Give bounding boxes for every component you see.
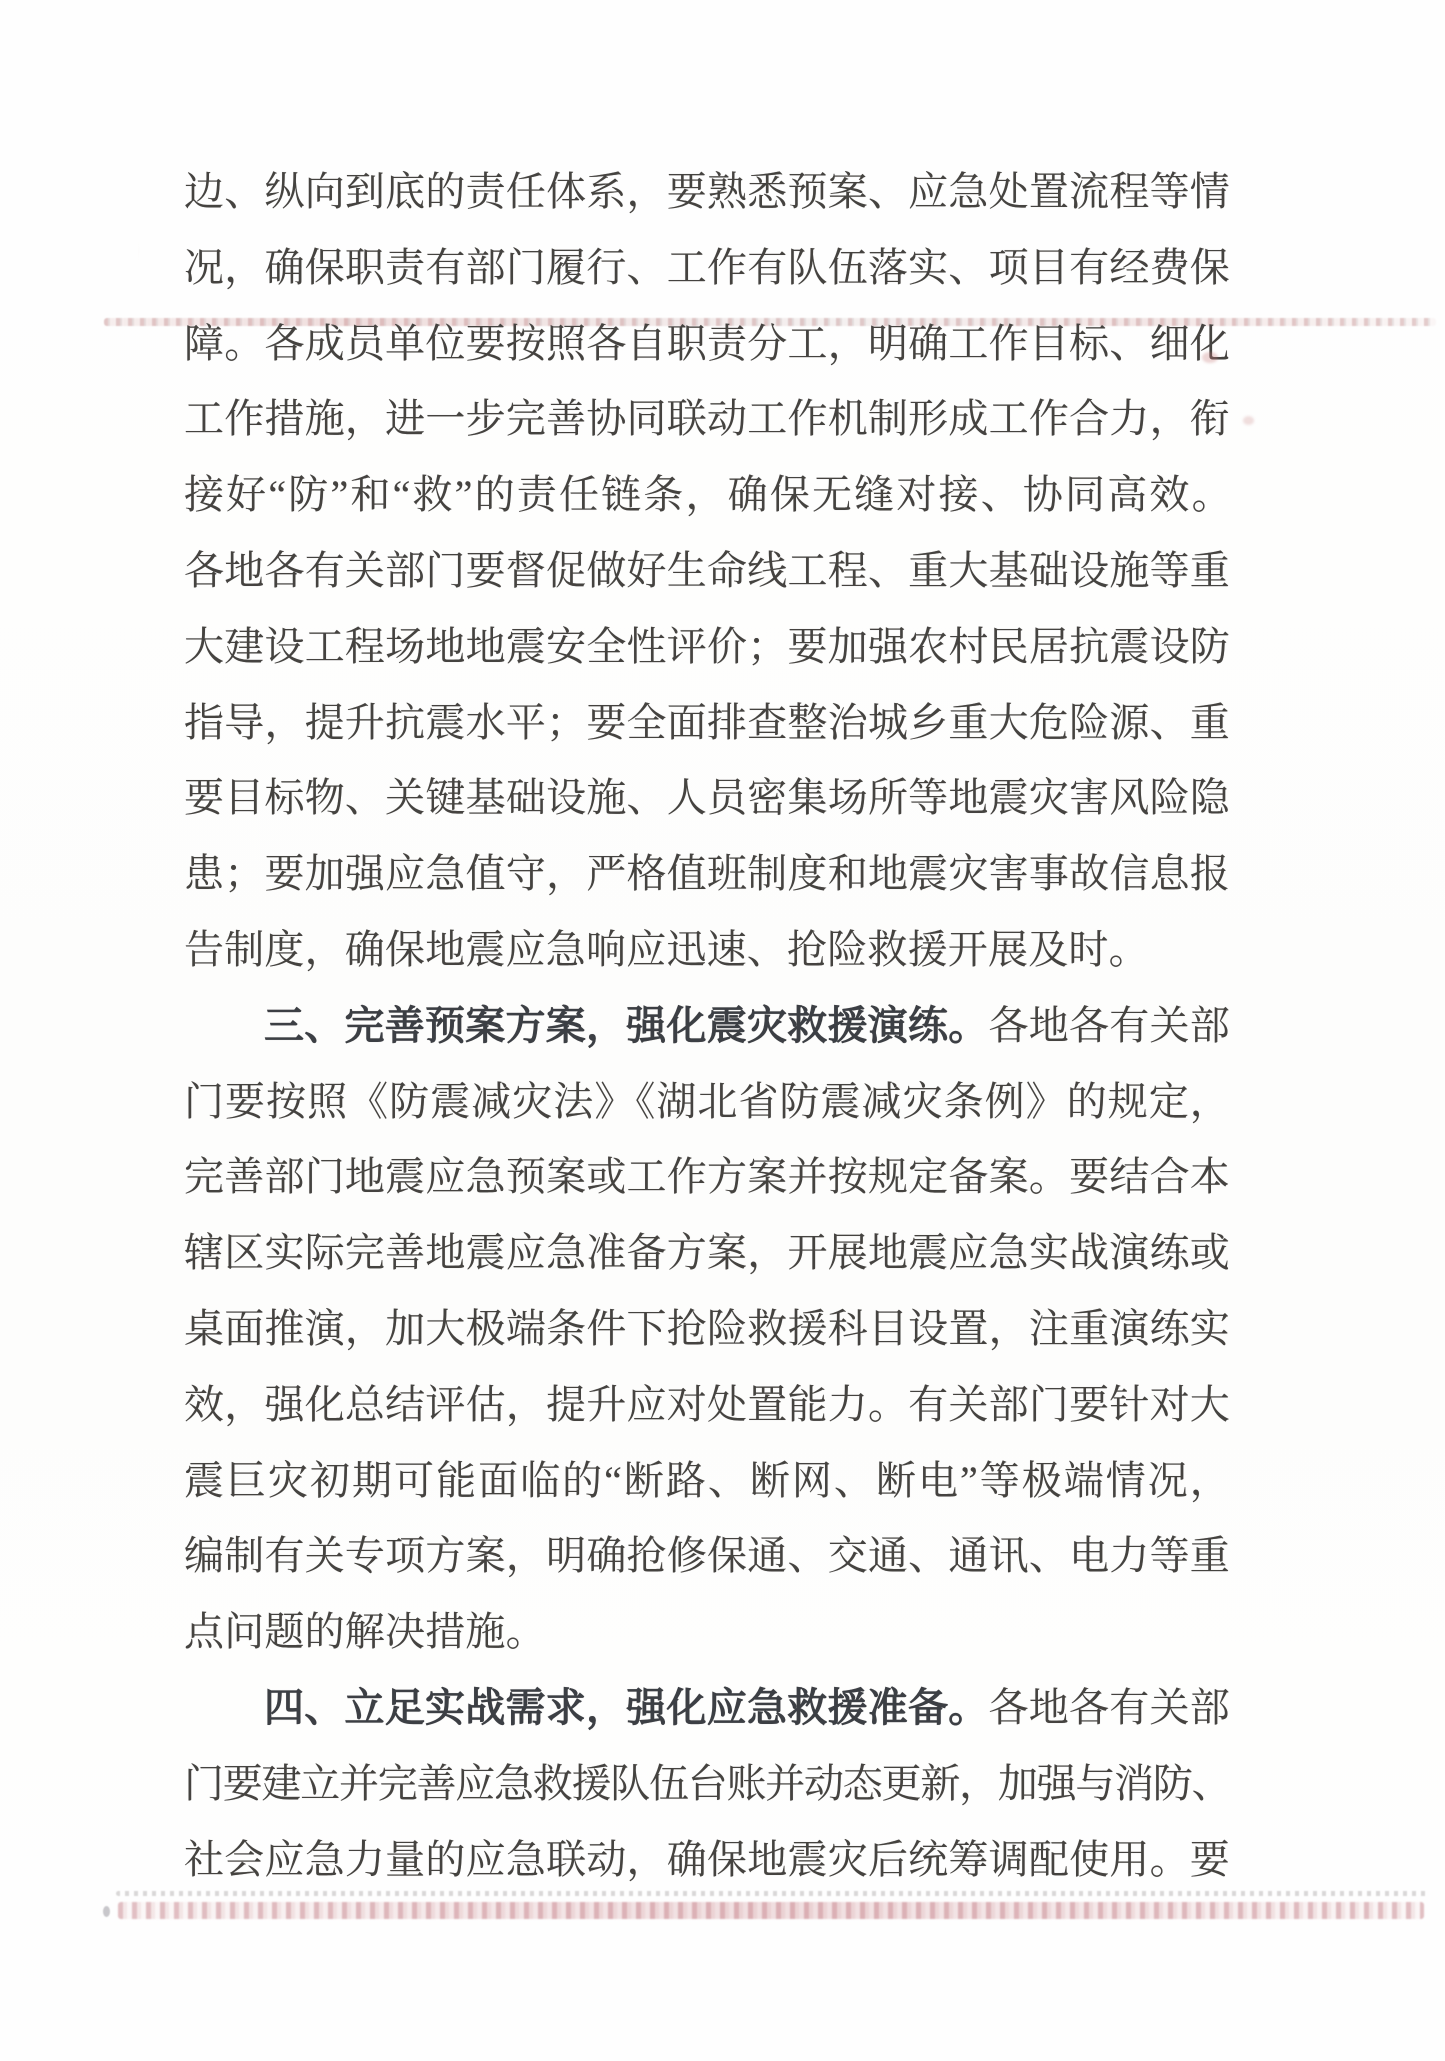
text-line: 点问题的解决措施。 (184, 1594, 1230, 1670)
text-line: 患；要加强应急值守，严格值班制度和地震灾害事故信息报 (184, 836, 1230, 912)
line-text: 完善部门地震应急预案或工作方案并按规定备案。要结合本 (184, 1154, 1230, 1199)
line-text: 效，强化总结评估，提升应对处置能力。有关部门要针对大 (184, 1382, 1230, 1427)
scan-artifact-gray-speck (103, 1906, 110, 1917)
text-line: 门要建立并完善应急救援队伍台账并动态更新，加强与消防、 (184, 1746, 1230, 1822)
section-heading: 四、立足实战需求，强化应急救援准备。 (264, 1686, 989, 1730)
line-text: 大建设工程场地地震安全性评价；要加强农村民居抗震设防 (184, 624, 1230, 669)
line-text: 接好“防”和“救”的责任链条，确保无缝对接、协同高效。 (184, 472, 1230, 517)
line-text: 边、纵向到底的责任体系，要熟悉预案、应急处置流程等情 (184, 169, 1230, 214)
text-line: 完善部门地震应急预案或工作方案并按规定备案。要结合本 (184, 1139, 1230, 1215)
text-line: 告制度，确保地震应急响应迅速、抢险救援开展及时。 (184, 912, 1230, 988)
line-text: 障。各成员单位要按照各自职责分工，明确工作目标、细化 (184, 321, 1230, 366)
line-text: 点问题的解决措施。 (184, 1609, 546, 1654)
text-line: 工作措施，进一步完善协同联动工作机制形成工作合力，衔 (184, 381, 1230, 457)
text-line: 各地各有关部门要督促做好生命线工程、重大基础设施等重 (184, 533, 1230, 609)
scan-artifact-red-speck (1243, 416, 1254, 425)
line-text: 各地各有关部门要督促做好生命线工程、重大基础设施等重 (184, 548, 1230, 593)
text-line: 震巨灾初期可能面临的“断路、断网、断电”等极端情况， (184, 1443, 1230, 1519)
line-text: 编制有关专项方案，明确抢修保通、交通、通讯、电力等重 (184, 1533, 1230, 1578)
text-line: 况，确保职责有部门履行、工作有队伍落实、项目有经费保 (184, 230, 1230, 306)
line-text: 辖区实际完善地震应急准备方案，开展地震应急实战演练或 (184, 1230, 1230, 1275)
text-line: 门要按照《防震减灾法》《湖北省防震减灾条例》的规定， (184, 1064, 1230, 1140)
text-line: 接好“防”和“救”的责任链条，确保无缝对接、协同高效。 (184, 457, 1230, 533)
line-text: 各地各有关部 (989, 1685, 1230, 1730)
text-line: 社会应急力量的应急联动，确保地震灾后统筹调配使用。要 (184, 1822, 1230, 1898)
document-text: 边、纵向到底的责任体系，要熟悉预案、应急处置流程等情况，确保职责有部门履行、工作… (184, 154, 1230, 1897)
line-text: 震巨灾初期可能面临的“断路、断网、断电”等极端情况， (184, 1458, 1230, 1503)
line-text: 社会应急力量的应急联动，确保地震灾后统筹调配使用。要 (184, 1837, 1230, 1882)
text-line: 桌面推演，加大极端条件下抢险救援科目设置，注重演练实 (184, 1291, 1230, 1367)
text-line: 三、完善预案方案，强化震灾救援演练。各地各有关部 (184, 988, 1230, 1064)
text-line: 指导，提升抗震水平；要全面排查整治城乡重大危险源、重 (184, 685, 1230, 761)
line-text: 况，确保职责有部门履行、工作有队伍落实、项目有经费保 (184, 245, 1230, 290)
text-line: 四、立足实战需求，强化应急救援准备。各地各有关部 (184, 1670, 1230, 1746)
text-line: 效，强化总结评估，提升应对处置能力。有关部门要针对大 (184, 1367, 1230, 1443)
line-text: 门要建立并完善应急救援队伍台账并动态更新，加强与消防、 (184, 1761, 1230, 1806)
line-text: 工作措施，进一步完善协同联动工作机制形成工作合力，衔 (184, 396, 1230, 441)
line-text: 要目标物、关键基础设施、人员密集场所等地震灾害风险隐 (184, 775, 1230, 820)
text-line: 障。各成员单位要按照各自职责分工，明确工作目标、细化 (184, 306, 1230, 382)
line-text: 门要按照《防震减灾法》《湖北省防震减灾条例》的规定， (184, 1079, 1230, 1124)
text-line: 辖区实际完善地震应急准备方案，开展地震应急实战演练或 (184, 1215, 1230, 1291)
line-text: 患；要加强应急值守，严格值班制度和地震灾害事故信息报 (184, 851, 1230, 896)
scan-artifact-smudge-lower-pink (118, 1902, 1424, 1919)
bleed-through-watermark-glyphs: 市人民政府办公室文件 (138, 190, 139, 484)
text-line: 大建设工程场地地震安全性评价；要加强农村民居抗震设防 (184, 609, 1230, 685)
line-text: 指导，提升抗震水平；要全面排查整治城乡重大危险源、重 (184, 700, 1230, 745)
text-line: 边、纵向到底的责任体系，要熟悉预案、应急处置流程等情 (184, 154, 1230, 230)
line-text: 告制度，确保地震应急响应迅速、抢险救援开展及时。 (184, 927, 1149, 972)
scanned-document-page: 市人民政府办公室文件 边、纵向到底的责任体系，要熟悉预案、应急处置流程等情况，确… (0, 0, 1445, 2061)
text-line: 编制有关专项方案，明确抢修保通、交通、通讯、电力等重 (184, 1518, 1230, 1594)
section-heading: 三、完善预案方案，强化震灾救援演练。 (264, 1004, 989, 1048)
line-text: 各地各有关部 (989, 1003, 1230, 1048)
text-line: 要目标物、关键基础设施、人员密集场所等地震灾害风险隐 (184, 760, 1230, 836)
line-text: 桌面推演，加大极端条件下抢险救援科目设置，注重演练实 (184, 1306, 1230, 1351)
